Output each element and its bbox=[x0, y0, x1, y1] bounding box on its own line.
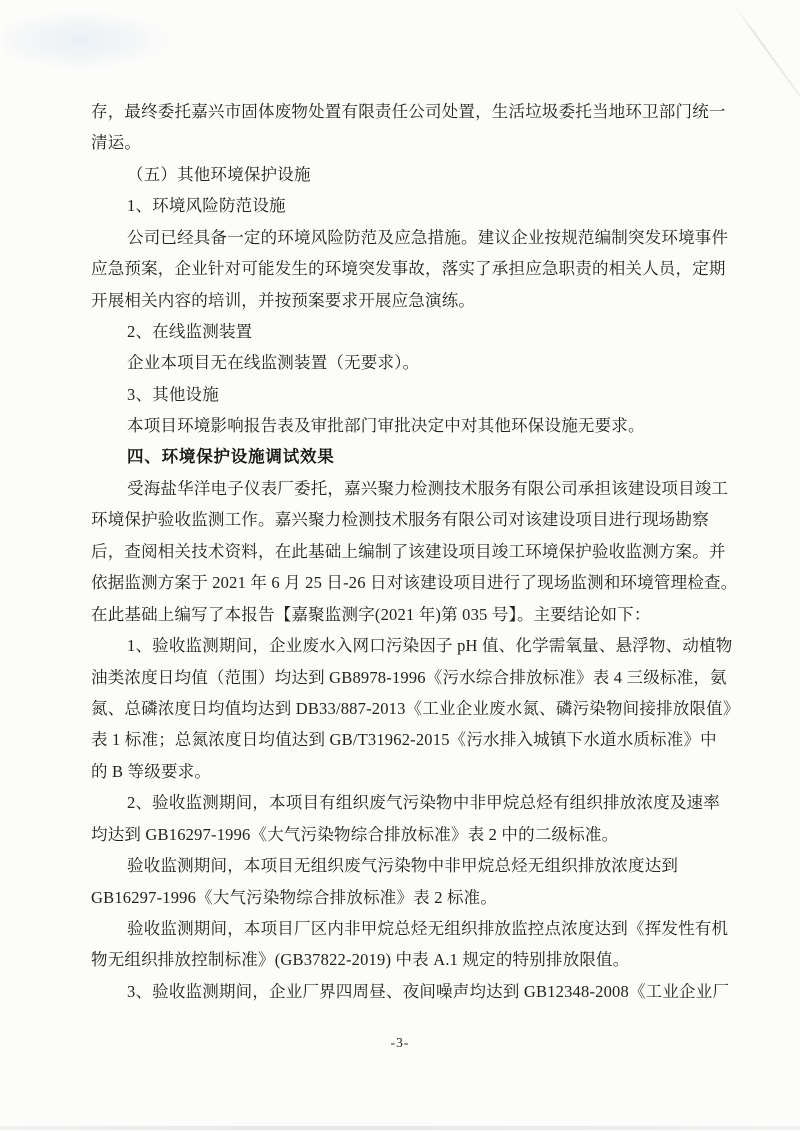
text-line: 企业本项目无在线监测装置（无要求）。 bbox=[91, 347, 736, 378]
scan-edge bbox=[0, 1126, 800, 1130]
text-line: 氮、总磷浓度日均值均达到 DB33/887-2013《工业企业废水氮、磷污染物间… bbox=[91, 693, 736, 724]
text-line: 环境保护验收监测工作。嘉兴聚力检测技术服务有限公司对该建设项目进行现场勘察 bbox=[91, 504, 736, 535]
text-line: 受海盐华洋电子仪表厂委托，嘉兴聚力检测技术服务有限公司承担该建设项目竣工 bbox=[91, 473, 736, 504]
text-line: 应急预案，企业针对可能发生的环境突发事故，落实了承担应急职责的相关人员，定期 bbox=[91, 253, 736, 284]
text-line: 1、环境风险防范设施 bbox=[91, 190, 736, 221]
text-line: 物无组织排放控制标准》(GB37822-2019) 中表 A.1 规定的特别排放… bbox=[91, 944, 736, 975]
text-line: 在此基础上编写了本报告【嘉聚监测字(2021 年)第 035 号】。主要结论如下… bbox=[91, 599, 736, 630]
text-line: 1、验收监测期间，企业废水入网口污染因子 pH 值、化学需氧量、悬浮物、动植物 bbox=[91, 630, 736, 661]
text-line: 验收监测期间，本项目厂区内非甲烷总烃无组织排放监控点浓度达到《挥发性有机 bbox=[91, 913, 736, 944]
scan-crease bbox=[731, 2, 800, 120]
text-line: 开展相关内容的培训，并按预案要求开展应急演练。 bbox=[91, 285, 736, 316]
text-line: 公司已经具备一定的环境风险防范及应急措施。建议企业按规范编制突发环境事件 bbox=[91, 222, 736, 253]
scan-smudge bbox=[4, 10, 174, 70]
document-page: 存，最终委托嘉兴市固体废物处置有限责任公司处置，生活垃圾委托当地环卫部门统一清运… bbox=[0, 0, 800, 1131]
document-body: 存，最终委托嘉兴市固体废物处置有限责任公司处置，生活垃圾委托当地环卫部门统一清运… bbox=[91, 96, 736, 1007]
page-number: -3- bbox=[0, 1035, 800, 1051]
text-line: 存，最终委托嘉兴市固体废物处置有限责任公司处置，生活垃圾委托当地环卫部门统一 bbox=[91, 96, 736, 127]
text-line: 2、验收监测期间，本项目有组织废气污染物中非甲烷总烃有组织排放浓度及速率 bbox=[91, 787, 736, 818]
text-line: 验收监测期间，本项目无组织废气污染物中非甲烷总烃无组织排放浓度达到 bbox=[91, 850, 736, 881]
text-line: 依据监测方案于 2021 年 6 月 25 日-26 日对该建设项目进行了现场监… bbox=[91, 567, 736, 598]
text-line: 清运。 bbox=[91, 127, 736, 158]
text-line: （五）其他环境保护设施 bbox=[91, 159, 736, 190]
text-line: GB16297-1996《大气污染物综合排放标准》表 2 标准。 bbox=[91, 882, 736, 913]
text-line: 本项目环境影响报告表及审批部门审批决定中对其他环保设施无要求。 bbox=[91, 410, 736, 441]
text-line: 表 1 标准；总氮浓度日均值达到 GB/T31962-2015《污水排入城镇下水… bbox=[91, 724, 736, 755]
text-line: 四、环境保护设施调试效果 bbox=[91, 442, 736, 473]
text-line: 3、其他设施 bbox=[91, 379, 736, 410]
text-line: 的 B 等级要求。 bbox=[91, 756, 736, 787]
text-line: 3、验收监测期间，企业厂界四周昼、夜间噪声均达到 GB12348-2008《工业… bbox=[91, 976, 736, 1007]
text-line: 油类浓度日均值（范围）均达到 GB8978-1996《污水综合排放标准》表 4 … bbox=[91, 662, 736, 693]
text-line: 均达到 GB16297-1996《大气污染物综合排放标准》表 2 中的二级标准。 bbox=[91, 819, 736, 850]
text-line: 2、在线监测装置 bbox=[91, 316, 736, 347]
text-line: 后，查阅相关技术资料，在此基础上编制了该建设项目竣工环境保护验收监测方案。并 bbox=[91, 536, 736, 567]
